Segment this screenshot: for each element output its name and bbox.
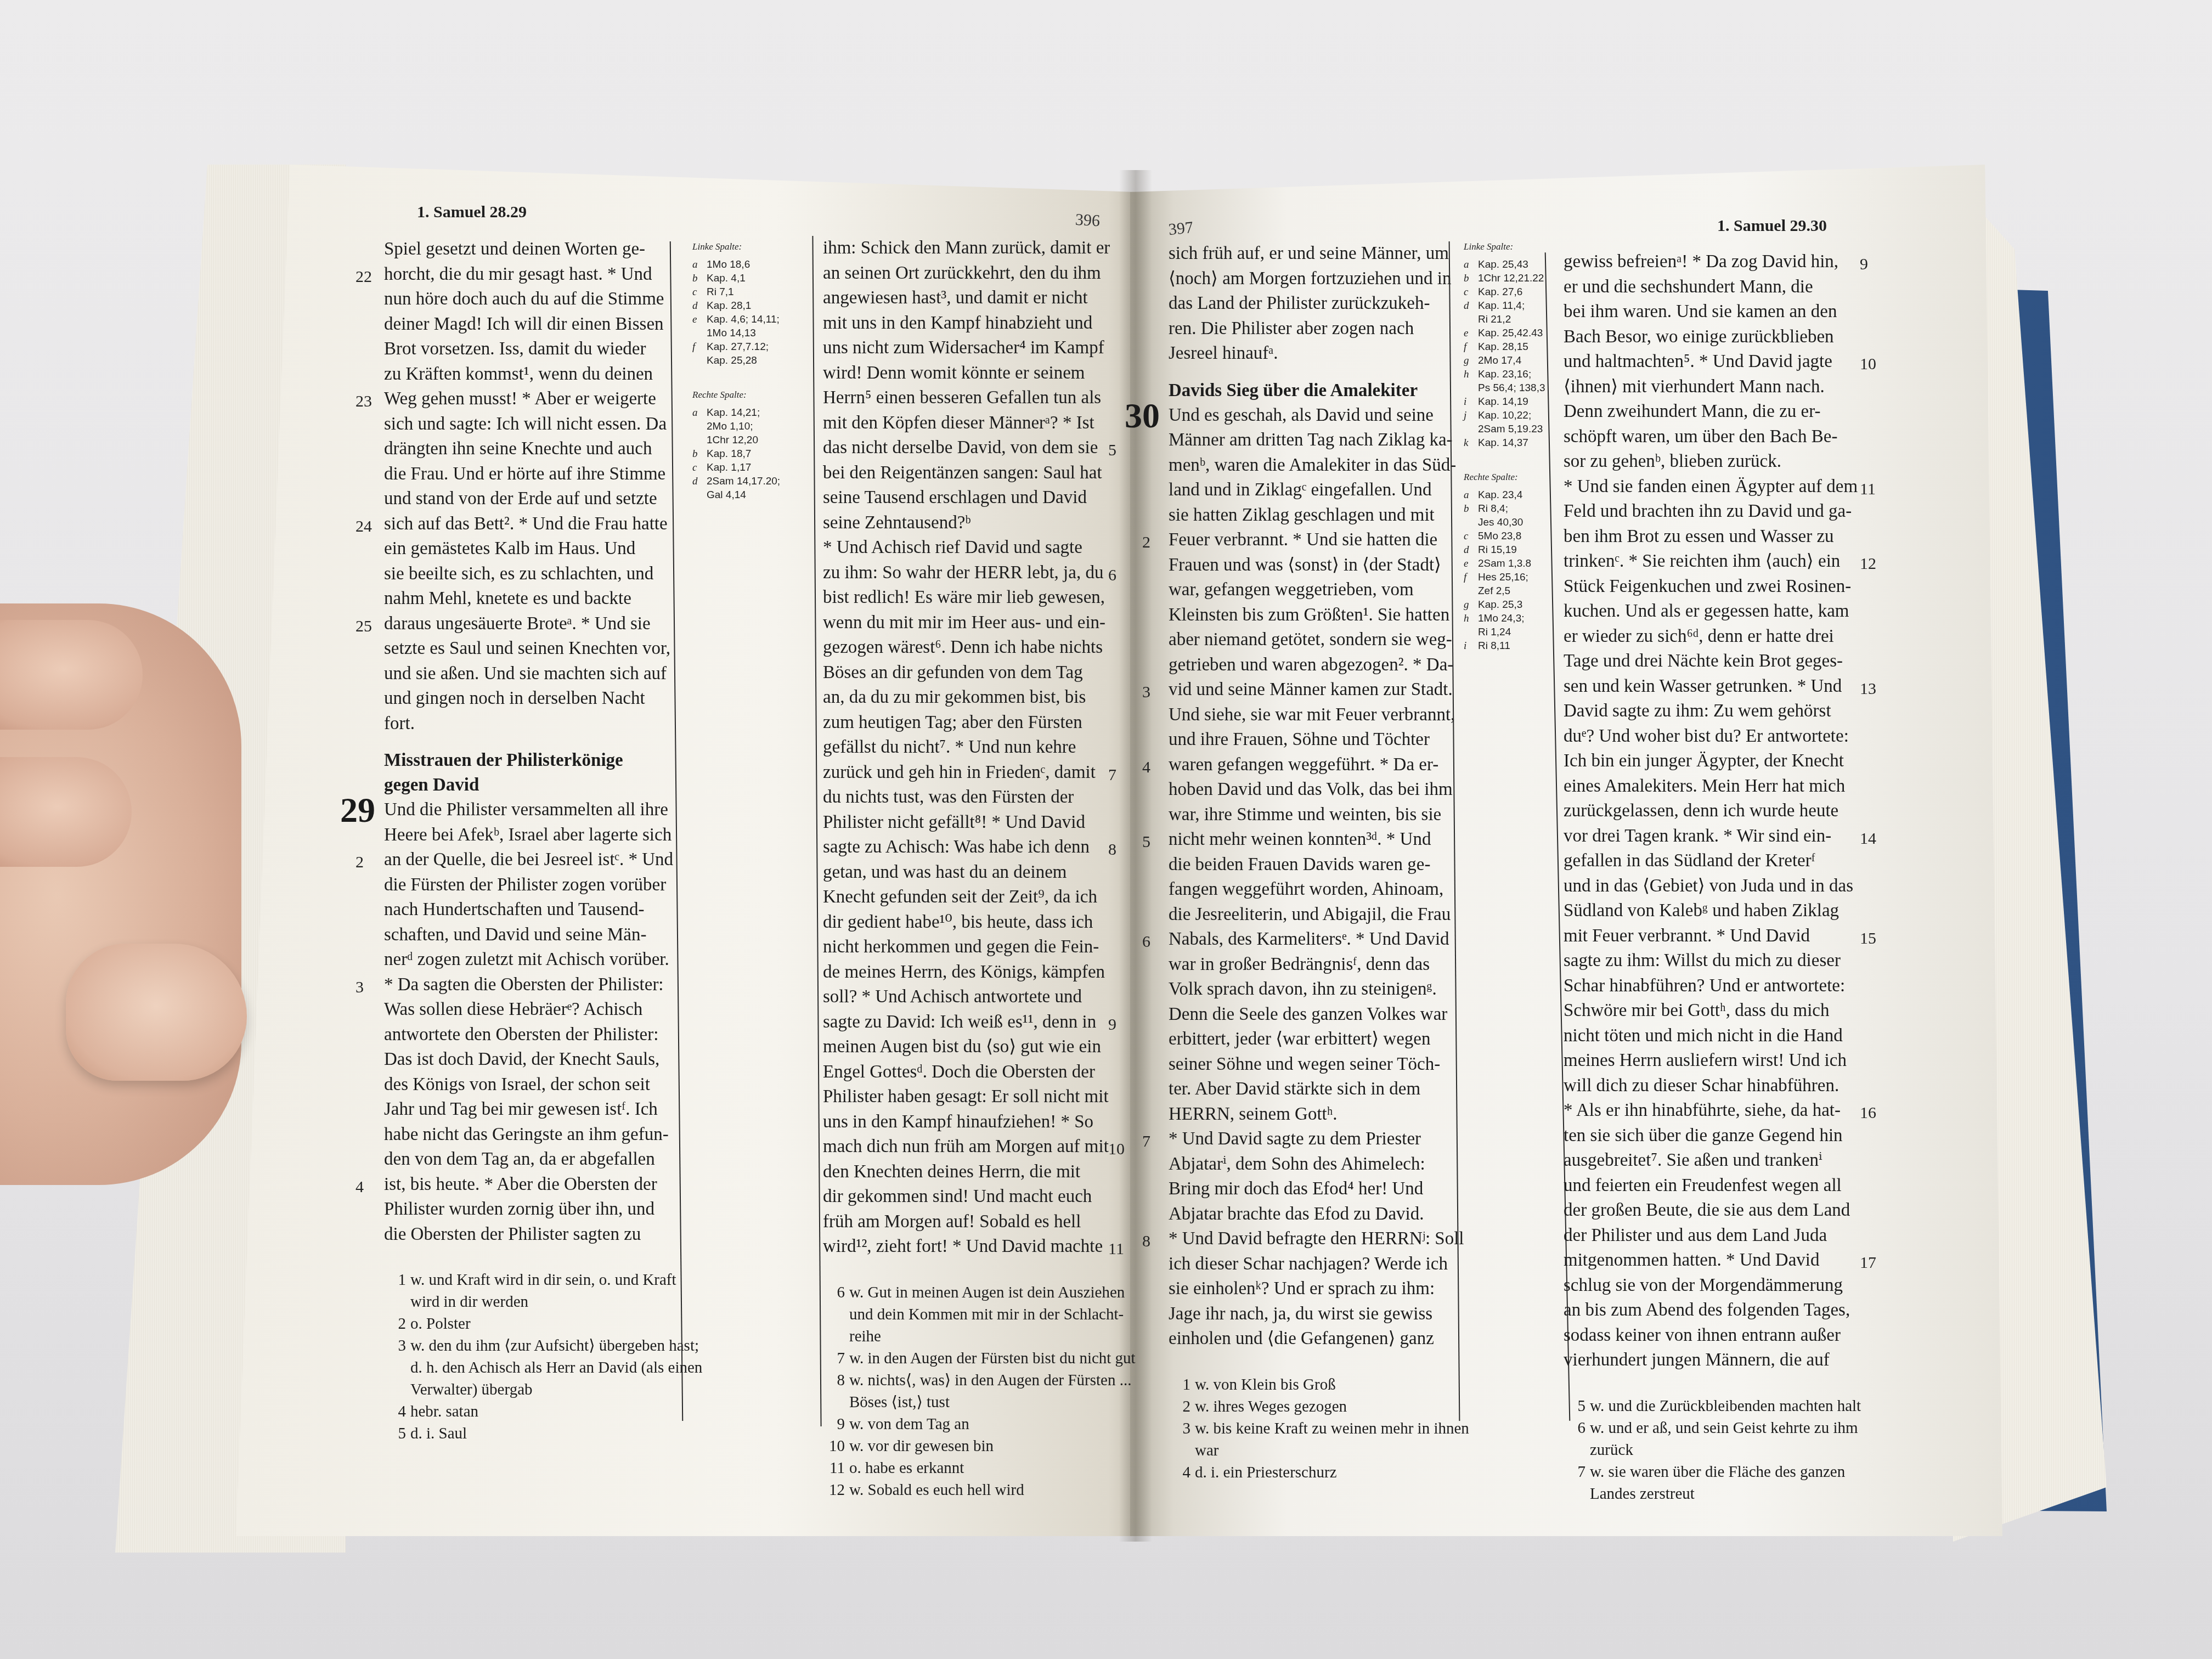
- verse-line: de meines Herrn, des Königs, kämpfen: [823, 960, 1103, 985]
- verse-line: und feierten ein Freudenfest wegen all: [1564, 1173, 1849, 1199]
- verse-line: und sie aßen. Und sie machten sich auf: [384, 662, 669, 687]
- footnote-text: w. bis keine Kraft zu weinen mehr in ihn…: [1195, 1420, 1469, 1437]
- verse-line: fort.: [384, 712, 669, 737]
- xref-ref: 1Mo 18,6: [707, 259, 750, 270]
- verse-text: erbittert, jeder ⟨war erbittert⟩ wegen: [1169, 1029, 1430, 1049]
- verse-line: dir gedient habe¹⁰, bis heute, dass ich: [823, 910, 1103, 935]
- verse-line: sen und kein Wasser getrunken. * Und13: [1564, 674, 1849, 699]
- verse-line: * Als er ihn hinabführte, siehe, da hat-…: [1564, 1098, 1849, 1124]
- verse-text: Und siehe, sie war mit Feuer verbrannt,: [1169, 705, 1455, 725]
- verse-text: Philister haben gesagt: Er soll nicht mi…: [823, 1087, 1109, 1107]
- chapter-block: 29Und die Philister versammelten all ihr…: [384, 798, 669, 1247]
- verse-text: ich dieser Schar nachjagen? Werde ich: [1169, 1254, 1448, 1274]
- xref-ref: Kap. 27,7.12;: [707, 341, 769, 353]
- verse-line: sie hatten Ziklag geschlagen und mit: [1169, 503, 1454, 528]
- verse-text: mitgenommen hatten. * Und David: [1564, 1250, 1820, 1270]
- footnotes: 6w. Gut in meinen Augen ist dein Auszieh…: [823, 1282, 1103, 1501]
- xref-ref: Kap. 27,6: [1478, 286, 1522, 298]
- verse-text: zu Kräften kommst¹, wenn du deinen: [384, 364, 653, 384]
- xref-item: Gal 4,14: [692, 488, 802, 502]
- verse-line: Volk sprach davon, ihn zu steinigenᵍ.: [1169, 977, 1454, 1002]
- verse-line: Frauen und was ⟨sonst⟩ in ⟨der Stadt⟩: [1169, 553, 1454, 578]
- verse-line: nerᵈ zogen zuletzt mit Achisch vorüber.: [384, 947, 669, 973]
- verse-text: den von dem Tag an, da er abgefallen: [384, 1149, 655, 1169]
- xref-ref: Kap. 1,17: [707, 462, 751, 473]
- left-page-cross-references: Linke Spalte:a1Mo 18,6bKap. 4,1cRi 7,1dK…: [692, 241, 802, 502]
- xref-item: iRi 8,11: [1464, 639, 1557, 653]
- page-number-left: 396: [1075, 211, 1101, 230]
- verse-text: den Knechten deines Herrn, die mit: [823, 1162, 1080, 1182]
- verse-line: HERRN, seinem Gottʰ.: [1169, 1102, 1454, 1127]
- verse-text: die Jesreeliterin, und Abigajil, die Fra…: [1169, 905, 1451, 924]
- verse-number: 10: [1860, 352, 1876, 377]
- verse-line: vierhundert jungen Männern, die auf: [1564, 1348, 1849, 1373]
- section-heading-line: gegen David: [384, 773, 669, 798]
- xref-key: c: [1464, 285, 1468, 299]
- verse-text: das Land der Philister zurückzukeh-: [1169, 294, 1430, 313]
- verse-line: nicht mehr weinen konnten³ᵈ. * Und5: [1169, 827, 1454, 853]
- xref-ref: 1Chr 12,20: [707, 435, 758, 446]
- verse-line: sie beeilte sich, es zu schlachten, und: [384, 562, 669, 587]
- verse-text: Tage und drei Nächte kein Brot geges-: [1564, 651, 1843, 671]
- verse-text: und ihre Frauen, Söhne und Töchter: [1169, 730, 1430, 749]
- verse-text: horcht, die du mir gesagt hast. * Und: [384, 264, 652, 284]
- verse-line: Weg gehen musst! * Aber er weigerte23: [384, 387, 669, 412]
- verse-text: Jahr und Tag bei mir gewesen istᶠ. Ich: [384, 1099, 658, 1119]
- xref-item: 1Chr 12,20: [692, 433, 802, 447]
- verse-text: * Da sagten die Obersten der Philister:: [384, 975, 664, 995]
- verse-line: die Fürsten der Philister zogen vorüber: [384, 873, 669, 898]
- verse-text: nicht mehr weinen konnten³ᵈ. * Und: [1169, 830, 1431, 849]
- verse-text: sagte zu Achisch: Was habe ich denn: [823, 837, 1090, 857]
- footnote: 10w. vor dir gewesen bin: [849, 1435, 1103, 1457]
- verse-line: Das ist doch David, der Knecht Sauls,: [384, 1047, 669, 1073]
- footnote-text: d. i. ein Priesterschurz: [1195, 1464, 1337, 1481]
- verse-text: war, ihre Stimme und weinten, bis sie: [1169, 805, 1441, 825]
- verse-text: schlug sie von der Morgendämmerung: [1564, 1276, 1843, 1295]
- xref-item: dRi 15,19: [1464, 543, 1557, 557]
- xref-item: eKap. 25,42.43: [1464, 326, 1557, 340]
- xref-item: bKap. 18,7: [692, 447, 802, 461]
- verse-line: zurück und geh hin in Friedenᶜ, damit7: [823, 760, 1103, 786]
- verse-text: und in das ⟨Gebiet⟩ von Juda und in das: [1564, 876, 1853, 896]
- footnote-text: w. in den Augen der Fürsten bist du nich…: [849, 1350, 1136, 1367]
- verse-number: 13: [1860, 676, 1876, 702]
- xref-key: a: [1464, 258, 1469, 272]
- xref-item: d2Sam 14,17.20;: [692, 475, 802, 488]
- verse-text: soll? * Und Achisch antwortete und: [823, 987, 1082, 1007]
- verse-line: Kleinsten bis zum Größten¹. Sie hatten: [1169, 603, 1454, 628]
- xref-ref: Kap. 18,7: [707, 448, 751, 460]
- verse-text: deiner Magd! Ich will dir einen Bissen: [384, 314, 664, 334]
- verse-line: nicht töten und mich nicht in die Hand: [1564, 1024, 1849, 1049]
- footnote: 12w. Sobald es euch hell wird: [849, 1479, 1103, 1501]
- xref-item: cKap. 1,17: [692, 461, 802, 475]
- verse-line: ihm: Schick den Mann zurück, damit er: [823, 236, 1103, 261]
- verse-line: angewiesen hast³, und damit er nicht: [823, 286, 1103, 311]
- verse-number: 22: [356, 264, 372, 290]
- verse-text: sor zu gehenᵇ, blieben zurück.: [1564, 452, 1781, 471]
- verse-line: getan, und was hast du an deinem: [823, 860, 1103, 885]
- verse-line: ben ihm Brot zu essen und Wasser zu: [1564, 524, 1849, 550]
- verse-text: Männer am dritten Tag nach Ziklag ka-: [1169, 430, 1453, 450]
- xref-key: b: [692, 447, 698, 461]
- verse-line: zu Kräften kommst¹, wenn du deinen: [384, 362, 669, 387]
- verse-text: und haltmachten⁵. * Und David jagte: [1564, 352, 1832, 371]
- verse-text: vor drei Tagen krank. * Wir sind ein-: [1564, 826, 1831, 846]
- verse-line: uns nicht zum Widersacher⁴ im Kampf: [823, 336, 1103, 361]
- footnote: 7w. in den Augen der Fürsten bist du nic…: [849, 1347, 1103, 1369]
- footnote-text: o. Polster: [410, 1315, 471, 1333]
- xref-title-left-column: Linke Spalte:: [692, 241, 802, 252]
- verse-line: horcht, die du mir gesagt hast. * Und22: [384, 262, 669, 287]
- verse-text: ten sie sich über die ganze Gegend hin: [1564, 1126, 1843, 1145]
- verse-text: und sie aßen. Und sie machten sich auf: [384, 664, 667, 684]
- footnote: und dein Kommen mit mir in der Schlacht-: [849, 1304, 1103, 1325]
- verse-line: Knecht gefunden seit der Zeit⁹, da ich: [823, 885, 1103, 910]
- xref-key: c: [692, 285, 697, 299]
- verse-text: Südland von Kalebᵍ und haben Ziklag: [1564, 901, 1839, 921]
- xref-ref: Kap. 23,4: [1478, 489, 1522, 501]
- verse-line: Nabals, des Karmelitersᵉ. * Und David6: [1169, 927, 1454, 952]
- verse-text: ren. Die Philister aber zogen nach: [1169, 319, 1414, 338]
- verse-line: wird¹², zieht fort! * Und David machte11: [823, 1234, 1103, 1260]
- xref-key: h: [1464, 612, 1469, 625]
- verse-text: getan, und was hast du an deinem: [823, 862, 1066, 882]
- footnote-text: w. von dem Tag an: [849, 1415, 969, 1433]
- verse-text: nach Hundertschaften und Tausend-: [384, 900, 645, 919]
- verse-text: uns in den Kampf hinaufziehen! * So: [823, 1112, 1093, 1132]
- verse-number: 8: [1142, 1229, 1150, 1254]
- footnote: 3w. den du ihm ⟨zur Aufsicht⟩ übergeben …: [410, 1335, 669, 1357]
- finger: [0, 620, 143, 730]
- verse-line: habe nicht das Geringste an ihm gefun-: [384, 1122, 669, 1148]
- xref-ref: Kap. 25,28: [707, 355, 757, 366]
- xref-item: c5Mo 23,8: [1464, 529, 1557, 543]
- verse-line: seine Tausend erschlagen und David: [823, 486, 1103, 511]
- verse-line: war, gefangen weggetrieben, vom: [1169, 578, 1454, 603]
- verse-line: * Und David befragte den HERRNʲ: Soll8: [1169, 1227, 1454, 1252]
- verse-text: mit den Köpfen dieser Männerᵃ? * Ist: [823, 413, 1094, 433]
- verse-number: 4: [1142, 755, 1150, 780]
- footnote: 4d. i. ein Priesterschurz: [1195, 1462, 1454, 1483]
- verse-line: Jesreel hinaufᵃ.: [1169, 341, 1454, 366]
- verse-text: nahm Mehl, knetete es und backte: [384, 589, 631, 608]
- xref-key: c: [1464, 529, 1468, 543]
- verse-line: Männer am dritten Tag nach Ziklag ka-: [1169, 428, 1454, 453]
- verse-number: 4: [356, 1175, 364, 1200]
- verse-line: Stück Feigenkuchen und zwei Rosinen-: [1564, 574, 1849, 600]
- xref-ref: Kap. 25,3: [1478, 599, 1522, 611]
- verse-text: bei den Reigentänzen sangen: Saul hat: [823, 463, 1102, 483]
- verse-text: seiner Söhne und wegen seiner Töch-: [1169, 1054, 1440, 1074]
- verse-line: die Obersten der Philister sagten zu: [384, 1222, 669, 1248]
- verse-line: schöpft waren, um über den Bach Be-: [1564, 425, 1849, 450]
- verse-number: 2: [1142, 530, 1150, 555]
- verse-text: die beiden Frauen Davids waren ge-: [1169, 855, 1430, 874]
- verse-text: Volk sprach davon, ihn zu steinigenᵍ.: [1169, 979, 1437, 999]
- xref-key: d: [692, 475, 698, 488]
- verse-line: uns in den Kampf hinaufziehen! * So: [823, 1110, 1103, 1135]
- footnote-number: 5: [384, 1423, 406, 1444]
- xref-ref: Kap. 10,22;: [1478, 410, 1531, 421]
- verse-text: ihm: Schick den Mann zurück, damit er: [823, 238, 1110, 258]
- verse-text: David sagte zu ihm: Zu wem gehörst: [1564, 701, 1831, 721]
- verse-line: das nicht derselbe David, von dem sie5: [823, 436, 1103, 461]
- verse-text: seine Zehntausend?ᵇ: [823, 513, 971, 533]
- verse-line: den Knechten deines Herrn, die mit: [823, 1160, 1103, 1185]
- xref-title-right-column: Rechte Spalte:: [1464, 472, 1557, 483]
- xref-key: f: [1464, 571, 1466, 584]
- xref-ref: Kap. 11,4;: [1478, 300, 1525, 312]
- verse-line: David sagte zu ihm: Zu wem gehörst: [1564, 699, 1849, 724]
- verse-text: Herrn⁵ einen besseren Gefallen tun als: [823, 388, 1101, 408]
- xref-item: Ps 56,4; 138,3: [1464, 381, 1557, 395]
- footnote-number: 11: [823, 1457, 845, 1479]
- verse-line: Feuer verbrannt. * Und sie hatten die2: [1169, 528, 1454, 553]
- verse-text: fangen weggeführt worden, Ahinoam,: [1169, 879, 1443, 899]
- verse-text: der großen Beute, die sie aus dem Land: [1564, 1200, 1850, 1220]
- xref-ref: Zef 2,5: [1478, 585, 1510, 597]
- verse-text: Was sollen diese Hebräerᵉ? Achisch: [384, 1000, 642, 1019]
- verse-line: sodass keiner von ihnen entrann außer: [1564, 1323, 1849, 1348]
- footnote-text: w. nichts⟨, was⟩ in den Augen der Fürste…: [849, 1372, 1131, 1389]
- xref-item: Kap. 25,28: [692, 354, 802, 368]
- verse-line: * Und Achisch rief David und sagte: [823, 535, 1103, 561]
- verse-text: vierhundert jungen Männern, die auf: [1564, 1350, 1830, 1370]
- xref-key: b: [692, 272, 698, 285]
- xref-ref: Kap. 28,1: [707, 300, 751, 312]
- verse-line: und gingen noch in derselben Nacht: [384, 686, 669, 712]
- section-heading-line: Misstrauen der Philisterkönige: [384, 748, 669, 773]
- xref-ref: 1Mo 24,3;: [1478, 613, 1525, 624]
- footnote: war: [1195, 1440, 1454, 1462]
- verse-line: Philister haben gesagt: Er soll nicht mi…: [823, 1085, 1103, 1110]
- xref-key: d: [692, 299, 698, 313]
- xref-ref: Kap. 14,37: [1478, 437, 1528, 449]
- footnote-number: 4: [384, 1401, 406, 1423]
- verse-text: eines Amalekiters. Mein Herr hat mich: [1564, 776, 1845, 796]
- verse-text: war, gefangen weggetrieben, vom: [1169, 580, 1414, 600]
- xref-key: a: [692, 406, 698, 420]
- verse-text: zu ihm: So wahr der HERR lebt, ja, du: [823, 563, 1103, 583]
- verse-text: sich früh auf, er und seine Männer, um: [1169, 244, 1449, 263]
- xref-ref: 2Sam 14,17.20;: [707, 476, 780, 487]
- verse-line: Denn zweihundert Mann, die zu er-: [1564, 399, 1849, 425]
- xref-ref: Jes 40,30: [1478, 517, 1523, 528]
- footnote-text: und dein Kommen mit mir in der Schlacht-: [849, 1306, 1124, 1323]
- thumb: [66, 944, 247, 1081]
- footnote-text: o. habe es erkannt: [849, 1459, 964, 1477]
- xref-item: Ri 21,2: [1464, 313, 1557, 326]
- xref-ref: Ri 8,11: [1478, 640, 1510, 652]
- verse-text: das nicht derselbe David, von dem sie: [823, 438, 1098, 458]
- xref-key: g: [1464, 598, 1469, 612]
- chapter-block: 30Und es geschah, als David und seineMän…: [1169, 403, 1454, 1352]
- verse-text: Brot vorsetzen. Iss, damit du wieder: [384, 339, 646, 359]
- verse-text: ⟨ihnen⟩ mit vierhundert Mann nach.: [1564, 377, 1825, 397]
- footnote-number: 8: [823, 1369, 845, 1391]
- footnote-text: wird in dir werden: [410, 1293, 528, 1311]
- verse-line: und haltmachten⁵. * Und David jagte10: [1564, 349, 1849, 375]
- xref-key: j: [1464, 409, 1466, 422]
- verse-line: ausgebreitet⁷. Sie aßen und trankenⁱ: [1564, 1148, 1849, 1173]
- xref-ref: Ri 7,1: [707, 286, 734, 298]
- xref-item: g2Mo 17,4: [1464, 354, 1557, 368]
- verse-line: meines Herrn ausliefern wirst! Und ich: [1564, 1048, 1849, 1074]
- xref-gap: [1464, 450, 1557, 472]
- verse-line: Abjatar brachte das Efod zu David.: [1169, 1202, 1454, 1227]
- verse-line: ter. Aber David stärkte sich in dem: [1169, 1077, 1454, 1102]
- verse-text: fort.: [384, 714, 415, 733]
- footnote: 5d. i. Saul: [410, 1423, 669, 1444]
- xref-ref: 1Chr 12,21.22: [1478, 273, 1544, 284]
- chapter-number: 29: [340, 790, 375, 831]
- left-page-column-2: ihm: Schick den Mann zurück, damit eran …: [823, 236, 1103, 1501]
- verse-line: eines Amalekiters. Mein Herr hat mich: [1564, 774, 1849, 799]
- verse-line: Ich bin ein junger Ägypter, der Knecht: [1564, 749, 1849, 774]
- verse-line: du nichts tust, was den Fürsten der: [823, 785, 1103, 810]
- footnote: 1w. von Klein bis Groß: [1195, 1374, 1454, 1396]
- verse-text: und feierten ein Freudenfest wegen all: [1564, 1176, 1842, 1195]
- verse-text: er und die sechshundert Mann, die: [1564, 277, 1813, 297]
- verse-text: ein gemästetes Kalb im Haus. Und: [384, 539, 635, 558]
- verse-text: und stand von der Erde auf und setzte: [384, 489, 657, 509]
- verse-line: * Da sagten die Obersten der Philister:3: [384, 973, 669, 998]
- verse-text: gewiss befreienᵃ! * Da zog David hin,: [1564, 252, 1838, 272]
- xref-item: 1Mo 14,13: [692, 326, 802, 340]
- verse-text: Und die Philister versammelten all ihre: [384, 800, 668, 820]
- verse-line: bei den Reigentänzen sangen: Saul hat: [823, 461, 1103, 486]
- footnote-text: Böses ⟨ist,⟩ tust: [849, 1393, 950, 1411]
- verse-line: bei ihm waren. Und sie kamen an den: [1564, 300, 1849, 325]
- verse-line: gefällst du nicht⁷. * Und nun kehre: [823, 735, 1103, 760]
- xref-key: i: [1464, 395, 1466, 409]
- verse-text: * Und David sagte zu dem Priester: [1169, 1129, 1421, 1149]
- verse-line: des Königs von Israel, der schon seit: [384, 1073, 669, 1098]
- verse-text: ben ihm Brot zu essen und Wasser zu: [1564, 527, 1834, 546]
- verse-number: 2: [356, 850, 364, 875]
- verse-text: bei ihm waren. Und sie kamen an den: [1564, 302, 1837, 321]
- section-heading: Misstrauen der Philisterkönigegegen Davi…: [384, 748, 669, 798]
- xref-item: eKap. 4,6; 14,11;: [692, 313, 802, 326]
- verse-line: den von dem Tag an, da er abgefallen: [384, 1147, 669, 1172]
- verse-line: dir gekommen sind! Und macht euch: [823, 1184, 1103, 1210]
- xref-gap: [692, 368, 802, 390]
- verse-line: zurückgelassen, denn ich wurde heute: [1564, 799, 1849, 824]
- xref-ref: Kap. 28,15: [1478, 341, 1528, 353]
- verse-text: nicht töten und mich nicht in die Hand: [1564, 1026, 1843, 1046]
- verse-text: mit Feuer verbrannt. * Und David: [1564, 926, 1810, 946]
- chapter-number: 30: [1125, 396, 1160, 436]
- xref-item: jKap. 10,22;: [1464, 409, 1557, 422]
- xref-ref: Kap. 14,21;: [707, 407, 760, 419]
- xref-key: b: [1464, 502, 1469, 516]
- verse-text: duᵉ? Und woher bist du? Er antwortete:: [1564, 726, 1849, 746]
- footnote: 3w. bis keine Kraft zu weinen mehr in ih…: [1195, 1418, 1454, 1440]
- xref-key: f: [1464, 340, 1466, 354]
- verse-text: waren gefangen weggeführt. * Da er-: [1169, 755, 1438, 775]
- verse-text: Philister wurden zornig über ihn, und: [384, 1199, 654, 1219]
- verse-line: Philister wurden zornig über ihn, und: [384, 1197, 669, 1222]
- verse-line: ren. Die Philister aber zogen nach: [1169, 317, 1454, 342]
- verse-line: mit Feuer verbrannt. * Und David15: [1564, 924, 1849, 949]
- footnote-number: 3: [384, 1335, 406, 1357]
- verse-text: habe nicht das Geringste an ihm gefun-: [384, 1125, 669, 1144]
- xref-key: d: [1464, 299, 1469, 313]
- footnote: 2w. ihres Weges gezogen: [1195, 1396, 1454, 1418]
- verse-text: getrieben und waren abgezogen². * Da-: [1169, 655, 1453, 675]
- xref-key: a: [1464, 488, 1469, 502]
- footnote-text: w. vor dir gewesen bin: [849, 1437, 994, 1455]
- verse-number: 16: [1860, 1101, 1876, 1126]
- verse-line: gefallen in das Südland der Kreterᶠ: [1564, 849, 1849, 874]
- verse-line: daraus ungesäuerte Broteᵃ. * Und sie25: [384, 612, 669, 637]
- verse-text: Nabals, des Karmelitersᵉ. * Und David: [1169, 929, 1449, 949]
- xref-ref: 5Mo 23,8: [1478, 531, 1521, 542]
- verse-line: getrieben und waren abgezogen². * Da-: [1169, 653, 1454, 678]
- verse-line: ein gemästetes Kalb im Haus. Und: [384, 537, 669, 562]
- verse-line: Was sollen diese Hebräerᵉ? Achisch: [384, 997, 669, 1023]
- xref-ref: Ri 21,2: [1478, 314, 1511, 325]
- verse-text: will dich zu dieser Schar hinabführen.: [1564, 1076, 1839, 1096]
- xref-ref: Kap. 14,19: [1478, 396, 1528, 408]
- verse-number: 6: [1142, 929, 1150, 955]
- verse-line: schaften, und David und seine Män-: [384, 923, 669, 948]
- footnote-text: w. den du ihm ⟨zur Aufsicht⟩ übergeben h…: [410, 1337, 699, 1355]
- verse-text: die Frau. Und er hörte auf ihre Stimme: [384, 464, 665, 484]
- footnote-number: 4: [1169, 1462, 1190, 1483]
- footnote: reihe: [849, 1325, 1103, 1347]
- xref-key: k: [1464, 436, 1468, 450]
- verse-line: aber niemand getötet, sondern sie weg-: [1169, 628, 1454, 653]
- verse-text: die Fürsten der Philister zogen vorüber: [384, 875, 666, 895]
- footnote: 8w. nichts⟨, was⟩ in den Augen der Fürst…: [849, 1369, 1103, 1391]
- verse-text: angewiesen hast³, und damit er nicht: [823, 288, 1088, 308]
- verse-number: 17: [1860, 1250, 1876, 1276]
- verse-text: Jage ihr nach, ja, du wirst sie gewiss: [1169, 1304, 1432, 1324]
- finger: [0, 757, 132, 867]
- footnote-number: 9: [823, 1413, 845, 1435]
- verse-text: zurück und geh hin in Friedenᶜ, damit: [823, 763, 1096, 782]
- verse-text: an bis zum Abend des folgenden Tages,: [1564, 1300, 1850, 1320]
- footnotes: 1w. und Kraft wird in dir sein, o. und K…: [384, 1269, 669, 1444]
- xref-item: fKap. 27,7.12;: [692, 340, 802, 354]
- footnote-number: 5: [1564, 1395, 1585, 1417]
- verse-number: 9: [1860, 252, 1868, 277]
- verse-text: zum heutigen Tag; aber den Fürsten: [823, 713, 1082, 732]
- verse-line: er und die sechshundert Mann, die: [1564, 275, 1849, 300]
- verse-text: Und es geschah, als David und seine: [1169, 405, 1434, 425]
- verse-line: Und die Philister versammelten all ihre: [384, 798, 669, 823]
- verse-line: der großen Beute, die sie aus dem Land: [1564, 1198, 1849, 1223]
- xref-item: e2Sam 1,3.8: [1464, 557, 1557, 571]
- footnote-number: 2: [384, 1313, 406, 1335]
- verse-text: Schar hinabführen? Und er antwortete:: [1564, 976, 1845, 996]
- xref-ref: Ri 8,4;: [1478, 503, 1508, 515]
- verse-line: Abjatarⁱ, dem Sohn des Ahimelech:: [1169, 1152, 1454, 1177]
- left-page-column-1: Spiel gesetzt und deinen Worten ge-horch…: [384, 237, 669, 1444]
- verse-number: 5: [1108, 438, 1116, 463]
- xref-item: cRi 7,1: [692, 285, 802, 299]
- verse-number: 15: [1860, 926, 1876, 951]
- footnote-text: Verwalter) übergab: [410, 1381, 533, 1398]
- footnote: d. h. den Achisch als Herr an David (als…: [410, 1357, 669, 1379]
- verse-text: Schwöre mir bei Gottʰ, dass du mich: [1564, 1001, 1829, 1020]
- verse-line: sich früh auf, er und seine Männer, um: [1169, 241, 1454, 267]
- verse-text: Engel Gottesᵈ. Doch die Obersten der: [823, 1062, 1095, 1082]
- footnote-text: w. ihres Weges gezogen: [1195, 1398, 1347, 1415]
